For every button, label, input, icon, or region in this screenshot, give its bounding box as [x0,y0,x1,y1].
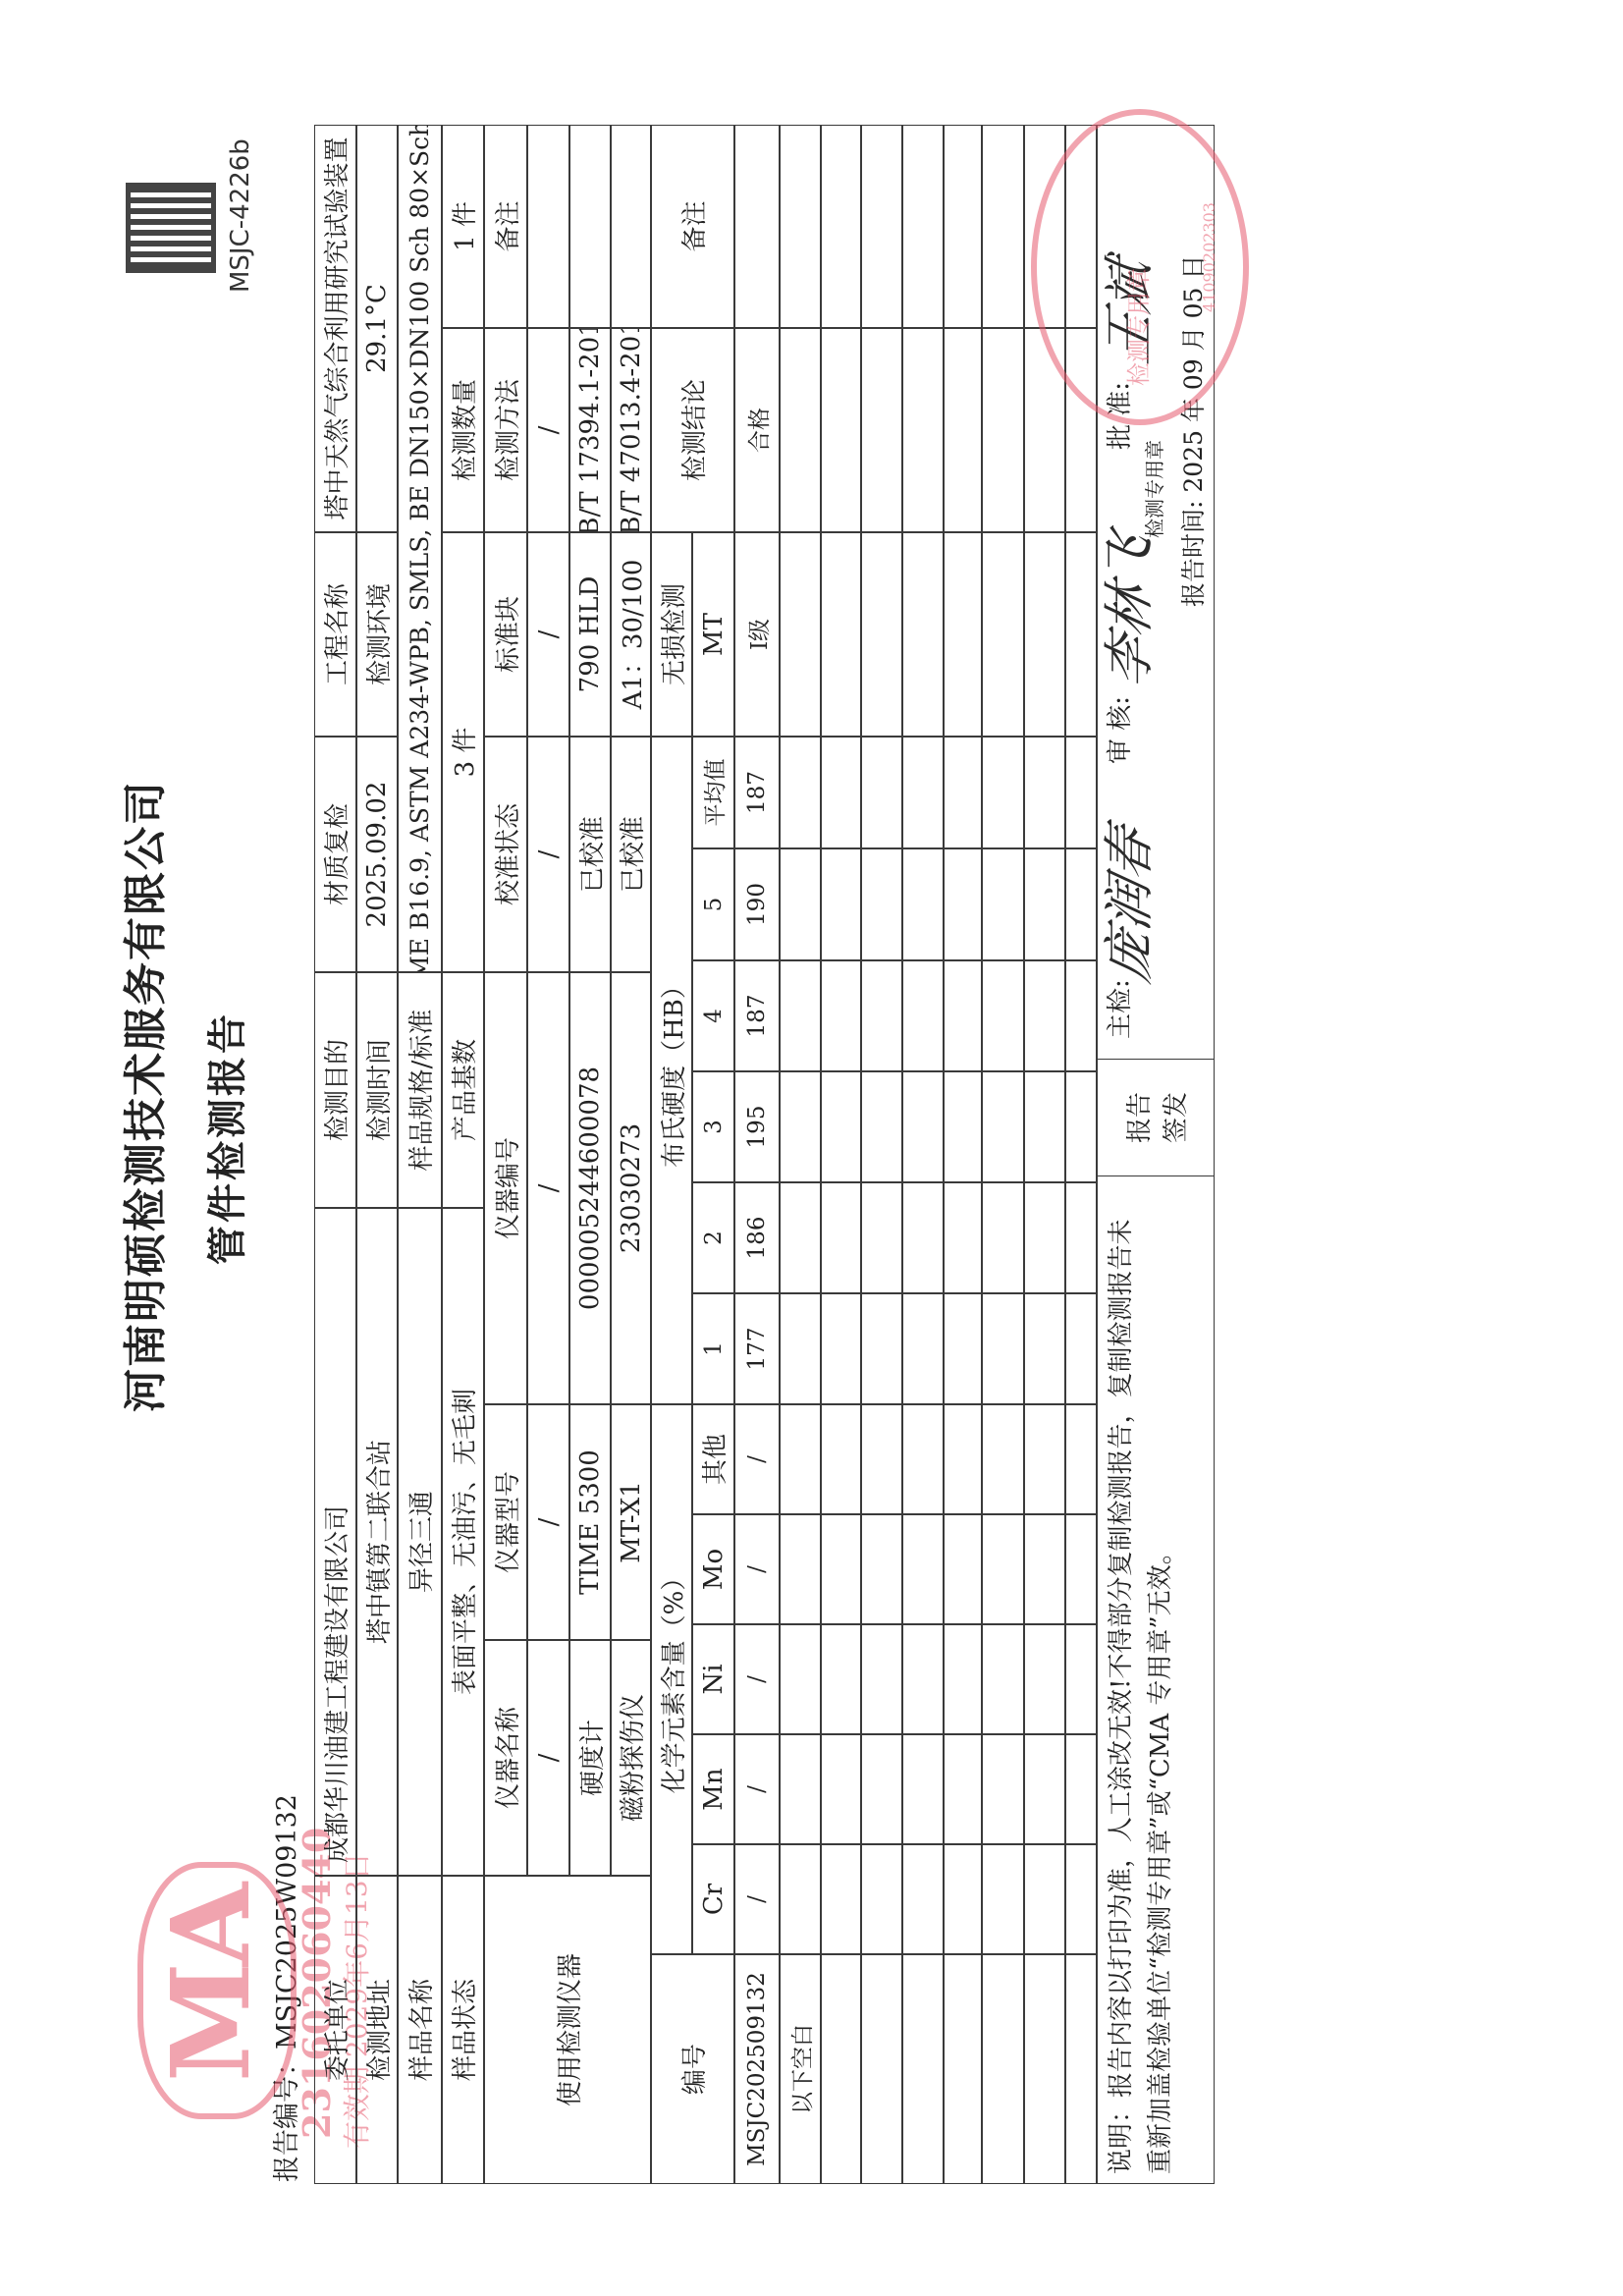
empty-cell [1024,1624,1065,1734]
hb-value-cell: 187 [734,737,780,848]
reviewer-label: 审 核: [1100,696,1136,764]
empty-cell [1024,1182,1065,1293]
empty-cell [944,1734,982,1844]
result-remark-header: 备注 [651,125,734,328]
empty-cell [1024,1293,1065,1404]
empty-cell [821,1514,861,1624]
chem-col-header: Cr [692,1844,734,1954]
empty-cell [902,737,944,848]
empty-cell [944,960,982,1071]
hb-value-cell: 186 [734,1182,780,1293]
empty-cell [821,1404,861,1514]
empty-cell [780,1844,821,1954]
empty-cell [821,1293,861,1404]
empty-cell [861,1182,902,1293]
empty-cell [902,328,944,532]
instr-header-method: 检测方法 [484,328,527,532]
empty-cell [1065,1954,1097,2184]
empty-cell [982,737,1024,848]
empty-cell [902,848,944,960]
purpose-value: 材质复检 [314,737,356,972]
empty-cell [902,1844,944,1954]
test-time-value: 2025.09.02 [356,737,398,972]
empty-cell [861,532,902,737]
empty-cell [982,1734,1024,1844]
base-qty-label: 产品基数 [442,972,484,1208]
blank-note-cell: 以下空白 [780,1954,821,2184]
empty-cell [902,532,944,737]
empty-cell [821,1954,861,2184]
ndt-group-header: 无损检测 [651,532,692,737]
company-name: 河南明硕检测技术服务有限公司 [110,780,173,1412]
empty-cell [1024,1954,1065,2184]
env-label: 检测环境 [356,532,398,737]
empty-cell [982,1293,1024,1404]
empty-cell [982,328,1024,532]
empty-cell [780,1514,821,1624]
report-page: 河南明硕检测技术服务有限公司 管件检测报告 报告编号：MSJC2025W0913… [0,0,1623,2296]
empty-cell [1065,1514,1097,1624]
empty-cell [821,737,861,848]
chem-group-header: 化学元素含量（%） [651,1404,692,1954]
instrument-calibration-cell: 已校准 [569,737,611,972]
empty-cell [902,1514,944,1624]
empty-cell [1065,1293,1097,1404]
seal-caption: 检测专用章 [1139,440,1167,538]
mt-value-cell: Ⅰ级 [734,532,780,737]
empty-cell [780,1293,821,1404]
result-id-header: 编号 [651,1954,734,2184]
empty-cell [944,532,982,737]
instrument-method-cell: GB/T 17394.1-2014 [569,328,611,532]
empty-cell [861,960,902,1071]
hb-col-header: 2 [692,1182,734,1293]
empty-cell [1024,1071,1065,1182]
instrument-name-cell: 磁粉探伤仪 [611,1640,651,1876]
empty-cell [944,328,982,532]
empty-cell [861,1514,902,1624]
empty-cell [821,1734,861,1844]
empty-cell [902,1182,944,1293]
hb-col-header: 4 [692,960,734,1071]
empty-cell [1024,1514,1065,1624]
instrument-calibration-cell: / [527,737,569,972]
chem-col-header: 其他 [692,1404,734,1514]
qr-code-icon [126,183,216,273]
empty-cell [1065,1624,1097,1734]
empty-cell [1065,1844,1097,1954]
empty-cell [821,532,861,737]
empty-cell [1065,1071,1097,1182]
empty-cell [780,1071,821,1182]
empty-cell [982,1514,1024,1624]
test-qty-label: 检测数量 [442,328,484,532]
instrument-serial-cell: / [527,972,569,1404]
inspector-signature: 庞润春 [1088,819,1162,988]
empty-cell [1065,1182,1097,1293]
instr-header-block: 标准块 [484,532,527,737]
empty-cell [780,532,821,737]
remark-value-cell [734,125,780,328]
sample-state-label: 样品状态 [442,1876,484,2184]
client-label: 委托单位 [314,1876,356,2184]
empty-cell [861,1071,902,1182]
hb-value-cell: 187 [734,960,780,1071]
instruments-section-label: 使用检测仪器 [484,1876,651,2184]
sample-name-value: 异径三通 [398,1208,442,1876]
empty-cell [902,1293,944,1404]
empty-cell [1024,1844,1065,1954]
empty-cell [780,960,821,1071]
empty-cell [821,960,861,1071]
empty-cell [902,125,944,328]
instrument-block-cell: 790 HLD [569,532,611,737]
empty-cell [821,1624,861,1734]
ndt-col-header: MT [692,532,734,737]
conclusion-header: 检测结论 [651,328,734,532]
empty-cell [944,737,982,848]
empty-cell [944,1844,982,1954]
empty-cell [861,1734,902,1844]
empty-cell [982,1182,1024,1293]
chem-col-header: Mn [692,1734,734,1844]
empty-cell [861,328,902,532]
instr-header-serial: 仪器编号 [484,972,527,1404]
empty-cell [780,737,821,848]
empty-cell [780,328,821,532]
chem-value-cell: / [734,1734,780,1844]
empty-cell [1065,1734,1097,1844]
empty-cell [944,125,982,328]
empty-cell [902,1624,944,1734]
hb-value-cell: 190 [734,848,780,960]
project-label: 工程名称 [314,532,356,737]
chem-col-header: Mo [692,1514,734,1624]
empty-cell [821,1182,861,1293]
empty-cell [861,1404,902,1514]
client-value: 成都华川油建工程建设有限公司 [314,1208,356,1876]
company-seal-number: 41090202303 [1200,202,1218,312]
sample-name-label: 样品名称 [398,1876,442,2184]
env-value: 29.1°C [356,125,398,532]
empty-cell [902,1404,944,1514]
empty-cell [1065,960,1097,1071]
sample-state-value: 表面平整、无油污、无毛刺 [442,1208,484,1876]
empty-cell [944,1514,982,1624]
empty-cell [982,1954,1024,2184]
empty-cell [821,1071,861,1182]
instrument-method-cell: / [527,328,569,532]
chem-col-header: Ni [692,1624,734,1734]
empty-cell [861,1954,902,2184]
instrument-calibration-cell: 已校准 [611,737,651,972]
empty-cell [861,1624,902,1734]
empty-cell [982,1624,1024,1734]
hb-value-cell: 195 [734,1071,780,1182]
empty-cell [944,1624,982,1734]
instrument-model-cell: TIME 5300 [569,1404,611,1640]
empty-cell [944,1071,982,1182]
chem-value-cell: / [734,1514,780,1624]
empty-cell [982,1071,1024,1182]
empty-cell [944,848,982,960]
hb-col-header: 1 [692,1293,734,1404]
hb-col-header: 5 [692,848,734,960]
empty-cell [780,1404,821,1514]
project-value: 塔中天然气综合利用研究试验装置 [314,125,356,532]
empty-cell [982,125,1024,328]
company-seal-caption: 检测专用章 [1119,268,1154,386]
footer-note-line1: 说明：报告内容以打印为准，人工涂改无效!不得部分复制检测报告，复制检测报告未 [1102,1220,1141,2174]
reviewer-signature: 李林飞 [1088,524,1162,693]
footer-note-line2: 重新加盖检验单位“检测专用章”或“CMA 专用章”无效。 [1141,1539,1180,2174]
chem-value-cell: / [734,1404,780,1514]
empty-cell [861,1844,902,1954]
empty-cell [780,848,821,960]
empty-cell [1024,532,1065,737]
empty-cell [1024,1404,1065,1514]
empty-cell [982,848,1024,960]
instrument-remark-cell [611,125,651,328]
chem-value-cell: / [734,1624,780,1734]
report-title: 管件检测报告 [196,1011,252,1265]
spec-value: ASME B16.9, ASTM A234-WPB, SMLS, BE DN15… [398,125,442,972]
empty-cell [902,1071,944,1182]
address-label: 检测地址 [356,1876,398,2184]
document-code: MSJC-4226b [226,138,255,293]
instrument-model-cell: / [527,1404,569,1640]
address-value: 塔中镇第二联合站 [356,1208,398,1876]
hb-value-cell: 177 [734,1293,780,1404]
empty-cell [944,1954,982,2184]
chem-value-cell: / [734,1844,780,1954]
empty-cell [982,532,1024,737]
inspector-label: 主检: [1100,979,1136,1039]
hb-col-header: 3 [692,1071,734,1182]
empty-cell [982,960,1024,1071]
instrument-remark-cell [527,125,569,328]
test-qty-value: 1 件 [442,125,484,328]
empty-cell [1024,737,1065,848]
empty-cell [902,1734,944,1844]
empty-cell [821,328,861,532]
instr-header-remark: 备注 [484,125,527,328]
empty-cell [861,1293,902,1404]
empty-cell [780,125,821,328]
spec-label: 样品规格/标准 [398,972,442,1208]
instrument-model-cell: MT-X1 [611,1404,651,1640]
issue-label-1: 报告 [1119,1092,1156,1143]
instr-header-name: 仪器名称 [484,1640,527,1876]
instrument-serial-cell: 000005244600078 [569,972,611,1404]
instrument-block-cell: A1：30/100 [611,532,651,737]
empty-cell [780,1182,821,1293]
empty-cell [1065,1404,1097,1514]
result-id-cell: MSJC202509132 [734,1954,780,2184]
empty-cell [944,1182,982,1293]
issue-label-2: 签发 [1156,1092,1192,1143]
empty-cell [982,1404,1024,1514]
instrument-method-cell: NB/T 47013.4-2015 [611,328,651,532]
empty-cell [1024,848,1065,960]
report-date-label: 报告时间: [1179,501,1208,607]
empty-cell [982,1844,1024,1954]
test-time-label: 检测时间 [356,972,398,1208]
hb-group-header: 布氏硬度（HB） [651,737,692,1404]
instrument-name-cell: 硬度计 [569,1640,611,1876]
empty-cell [861,737,902,848]
empty-cell [861,848,902,960]
empty-cell [780,1624,821,1734]
empty-cell [821,125,861,328]
purpose-label: 检测目的 [314,972,356,1208]
empty-cell [1024,1734,1065,1844]
empty-cell [821,1844,861,1954]
empty-cell [861,125,902,328]
instrument-remark-cell [569,125,611,328]
hb-col-header: 平均值 [692,737,734,848]
empty-cell [944,1293,982,1404]
issue-label-cell: 报告 签发 [1097,1059,1215,1176]
cma-stamp-letters: MA [147,1886,274,2082]
instrument-name-cell: / [527,1640,569,1876]
instr-header-calibration: 校准状态 [484,737,527,972]
empty-cell [902,960,944,1071]
empty-cell [1024,960,1065,1071]
empty-cell [944,1404,982,1514]
empty-cell [902,1954,944,2184]
instrument-serial-cell: 23030273 [611,972,651,1404]
instrument-block-cell: / [527,532,569,737]
conclusion-value-cell: 合格 [734,328,780,532]
empty-cell [821,848,861,960]
instr-header-model: 仪器型号 [484,1404,527,1640]
base-qty-value: 3 件 [442,532,484,972]
empty-cell [780,1734,821,1844]
